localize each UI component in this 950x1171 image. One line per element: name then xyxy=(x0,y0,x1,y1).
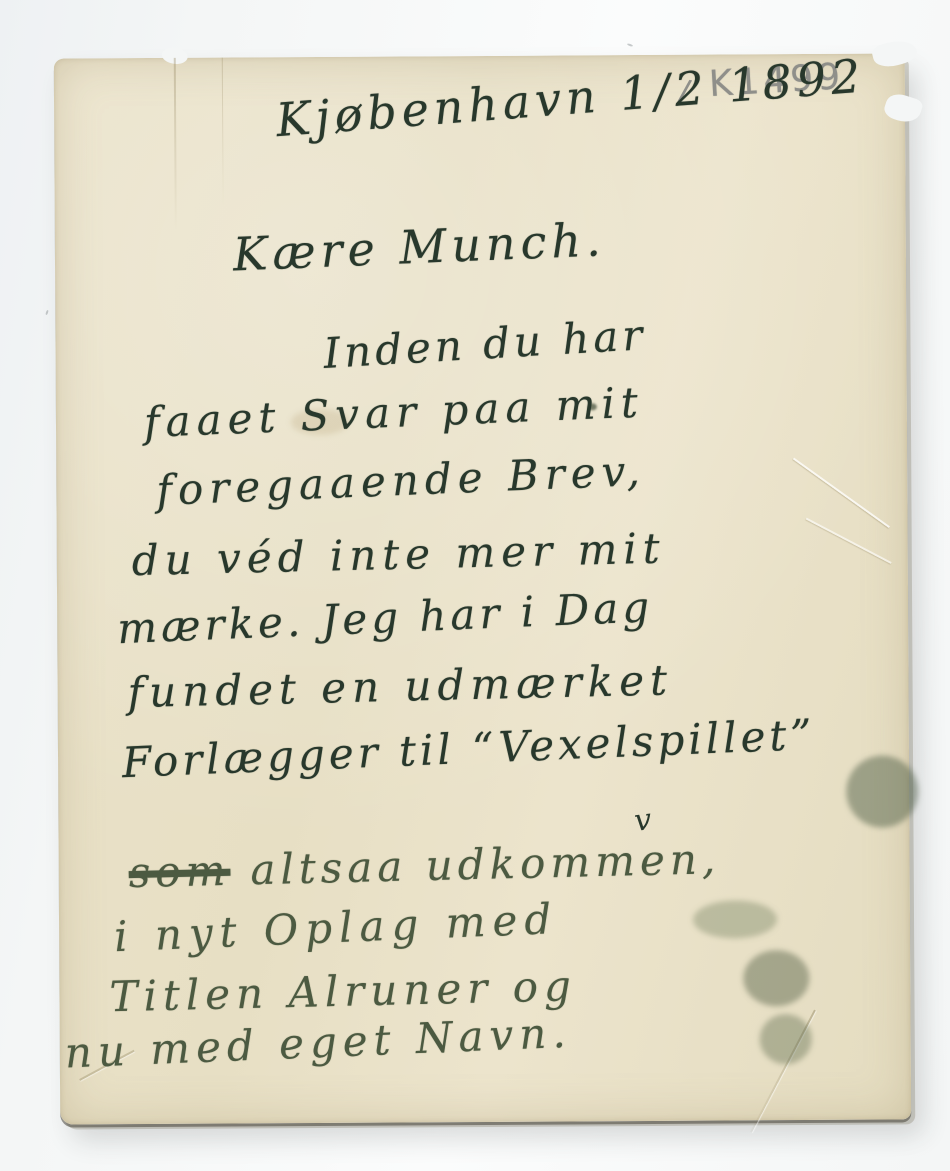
ink-smudge xyxy=(743,950,809,1006)
handwriting-line: Inden du har xyxy=(322,310,648,378)
handwriting-line: mærke. Jeg har i Dag xyxy=(116,582,654,653)
salutation-line: Kære Munch. xyxy=(232,212,607,281)
handwriting-line: fundet en udmærket xyxy=(127,655,673,717)
ink-smudge xyxy=(693,900,777,939)
scan-background: / K1499 Kjøbenhavn 1/2 1892 Kære Munch. … xyxy=(0,0,950,1171)
crease-mark-vertical xyxy=(222,58,224,208)
ink-smudge xyxy=(846,755,918,827)
handwriting-line: foregaaende Brev, xyxy=(155,446,646,515)
ink-smudge xyxy=(760,1014,812,1064)
strikethrough-word: som xyxy=(128,846,231,897)
crease-mark-right-edge xyxy=(806,518,892,564)
crease-mark-bottom-right xyxy=(750,1010,816,1133)
paper-edge-nick xyxy=(161,46,189,65)
crease-mark-vertical xyxy=(174,58,177,230)
letter-paper: / K1499 Kjøbenhavn 1/2 1892 Kære Munch. … xyxy=(54,53,911,1124)
handwriting-line: Forlægger til “Vexelspillet” xyxy=(121,710,817,787)
handwriting-line: faaet Svar paa mit xyxy=(143,378,645,447)
dust-speck xyxy=(627,43,633,47)
crease-mark-right-edge xyxy=(793,458,890,528)
paper-edge-nick xyxy=(882,91,924,127)
handwriting-line: du véd inte mer mit xyxy=(131,524,666,586)
date-line: Kjøbenhavn 1/2 1892 xyxy=(274,49,867,148)
handwriting-line: i nyt Oplag med xyxy=(113,894,559,961)
handwriting-line: somaltsaa udkommen, xyxy=(128,834,721,897)
paper-corner-tear xyxy=(870,36,919,70)
handwriting-line-text: altsaa udkommen, xyxy=(250,834,721,894)
insertion-caret-mark: v xyxy=(633,802,654,839)
dust-speck xyxy=(45,310,49,315)
